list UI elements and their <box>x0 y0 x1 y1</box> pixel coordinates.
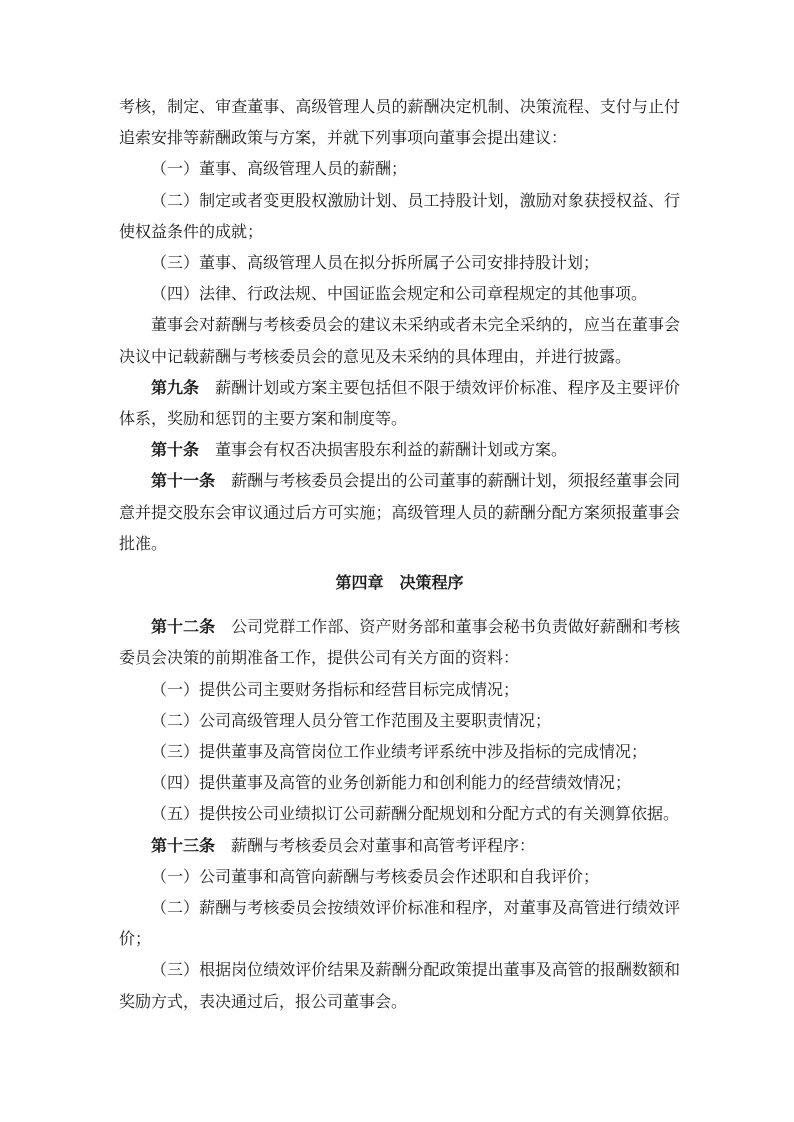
body-paragraph: （二）公司高级管理人员分管工作范围及主要职责情况； <box>119 706 680 737</box>
paragraph-text: （四）法律、行政法规、中国证监会规定和公司章程规定的其他事项。 <box>151 286 647 303</box>
body-paragraph: （二）薪酬与考核委员会按绩效评价标准和程序，对董事及高管进行绩效评价； <box>119 893 680 955</box>
article-number: 第十条 <box>151 442 199 459</box>
chapter-heading: 第四章决策程序 <box>119 568 680 599</box>
paragraph-text: （二）薪酬与考核委员会按绩效评价标准和程序，对董事及高管进行绩效评价； <box>119 900 680 948</box>
article-paragraph: 第十三条薪酬与考核委员会对董事和高管考评程序： <box>119 831 680 862</box>
paragraph-text: （三）董事、高级管理人员在拟分拆所属子公司安排持股计划； <box>151 255 599 272</box>
paragraph-text: 考核，制定、审查董事、高级管理人员的薪酬决定机制、决策流程、支付与止付追索安排等… <box>119 99 680 147</box>
body-paragraph: （四）提供董事及高管的业务创新能力和创利能力的经营绩效情况； <box>119 768 680 799</box>
document-page: 考核，制定、审查董事、高级管理人员的薪酬决定机制、决策流程、支付与止付追索安排等… <box>0 0 794 1122</box>
paragraph-text: （三）提供董事及高管岗位工作业绩考评系统中涉及指标的完成情况； <box>151 744 647 761</box>
paragraph-text: （一）董事、高级管理人员的薪酬； <box>151 161 407 178</box>
paragraph-text: （一）提供公司主要财务指标和经营目标完成情况； <box>151 682 519 699</box>
article-number: 第十三条 <box>151 838 215 855</box>
body-paragraph: （四）法律、行政法规、中国证监会规定和公司章程规定的其他事项。 <box>119 279 680 310</box>
paragraph-text: 薪酬计划或方案主要包括但不限于绩效评价标准、程序及主要评价体系，奖励和惩罚的主要… <box>119 380 680 428</box>
document-body: 考核，制定、审查董事、高级管理人员的薪酬决定机制、决策流程、支付与止付追索安排等… <box>119 92 680 1018</box>
paragraph-text: 董事会对薪酬与考核委员会的建议未采纳或者未完全采纳的，应当在董事会决议中记载薪酬… <box>119 317 680 365</box>
paragraph-text: （四）提供董事及高管的业务创新能力和创利能力的经营绩效情况； <box>151 775 631 792</box>
body-paragraph: （三）根据岗位绩效评价结果及薪酬分配政策提出董事及高管的报酬数额和奖励方式，表决… <box>119 955 680 1017</box>
article-paragraph: 第十条董事会有权否决损害股东利益的薪酬计划或方案。 <box>119 435 680 466</box>
body-paragraph: 董事会对薪酬与考核委员会的建议未采纳或者未完全采纳的，应当在董事会决议中记载薪酬… <box>119 310 680 372</box>
body-paragraph: （三）董事、高级管理人员在拟分拆所属子公司安排持股计划； <box>119 248 680 279</box>
paragraph-text: （三）根据岗位绩效评价结果及薪酬分配政策提出董事及高管的报酬数额和奖励方式，表决… <box>119 962 680 1010</box>
paragraph-text: 薪酬与考核委员会对董事和高管考评程序： <box>231 838 535 855</box>
paragraph-text: 董事会有权否决损害股东利益的薪酬计划或方案。 <box>215 442 567 459</box>
chapter-number: 第四章 <box>335 575 383 592</box>
article-number: 第十二条 <box>151 619 215 636</box>
article-paragraph: 第十二条公司党群工作部、资产财务部和董事会秘书负责做好薪酬和考核委员会决策的前期… <box>119 612 680 674</box>
article-number: 第十一条 <box>151 473 215 490</box>
article-paragraph: 第九条薪酬计划或方案主要包括但不限于绩效评价标准、程序及主要评价体系，奖励和惩罚… <box>119 373 680 435</box>
body-paragraph: （二）制定或者变更股权激励计划、员工持股计划，激励对象获授权益、行使权益条件的成… <box>119 186 680 248</box>
body-paragraph: 考核，制定、审查董事、高级管理人员的薪酬决定机制、决策流程、支付与止付追索安排等… <box>119 92 680 154</box>
body-paragraph: （一）公司董事和高管向薪酬与考核委员会作述职和自我评价； <box>119 862 680 893</box>
body-paragraph: （五）提供按公司业绩拟订公司薪酬分配规划和分配方式的有关测算依据。 <box>119 799 680 830</box>
paragraph-text: （一）公司董事和高管向薪酬与考核委员会作述职和自我评价； <box>151 869 599 886</box>
body-paragraph: （三）提供董事及高管岗位工作业绩考评系统中涉及指标的完成情况； <box>119 737 680 768</box>
body-paragraph: （一）提供公司主要财务指标和经营目标完成情况； <box>119 675 680 706</box>
chapter-title: 决策程序 <box>400 575 464 592</box>
paragraph-text: （二）制定或者变更股权激励计划、员工持股计划，激励对象获授权益、行使权益条件的成… <box>119 193 680 241</box>
paragraph-text: （五）提供按公司业绩拟订公司薪酬分配规划和分配方式的有关测算依据。 <box>151 806 679 823</box>
paragraph-text: （二）公司高级管理人员分管工作范围及主要职责情况； <box>151 713 551 730</box>
body-paragraph: （一）董事、高级管理人员的薪酬； <box>119 154 680 185</box>
article-paragraph: 第十一条薪酬与考核委员会提出的公司董事的薪酬计划，须报经董事会同意并提交股东会审… <box>119 466 680 560</box>
article-number: 第九条 <box>151 380 199 397</box>
